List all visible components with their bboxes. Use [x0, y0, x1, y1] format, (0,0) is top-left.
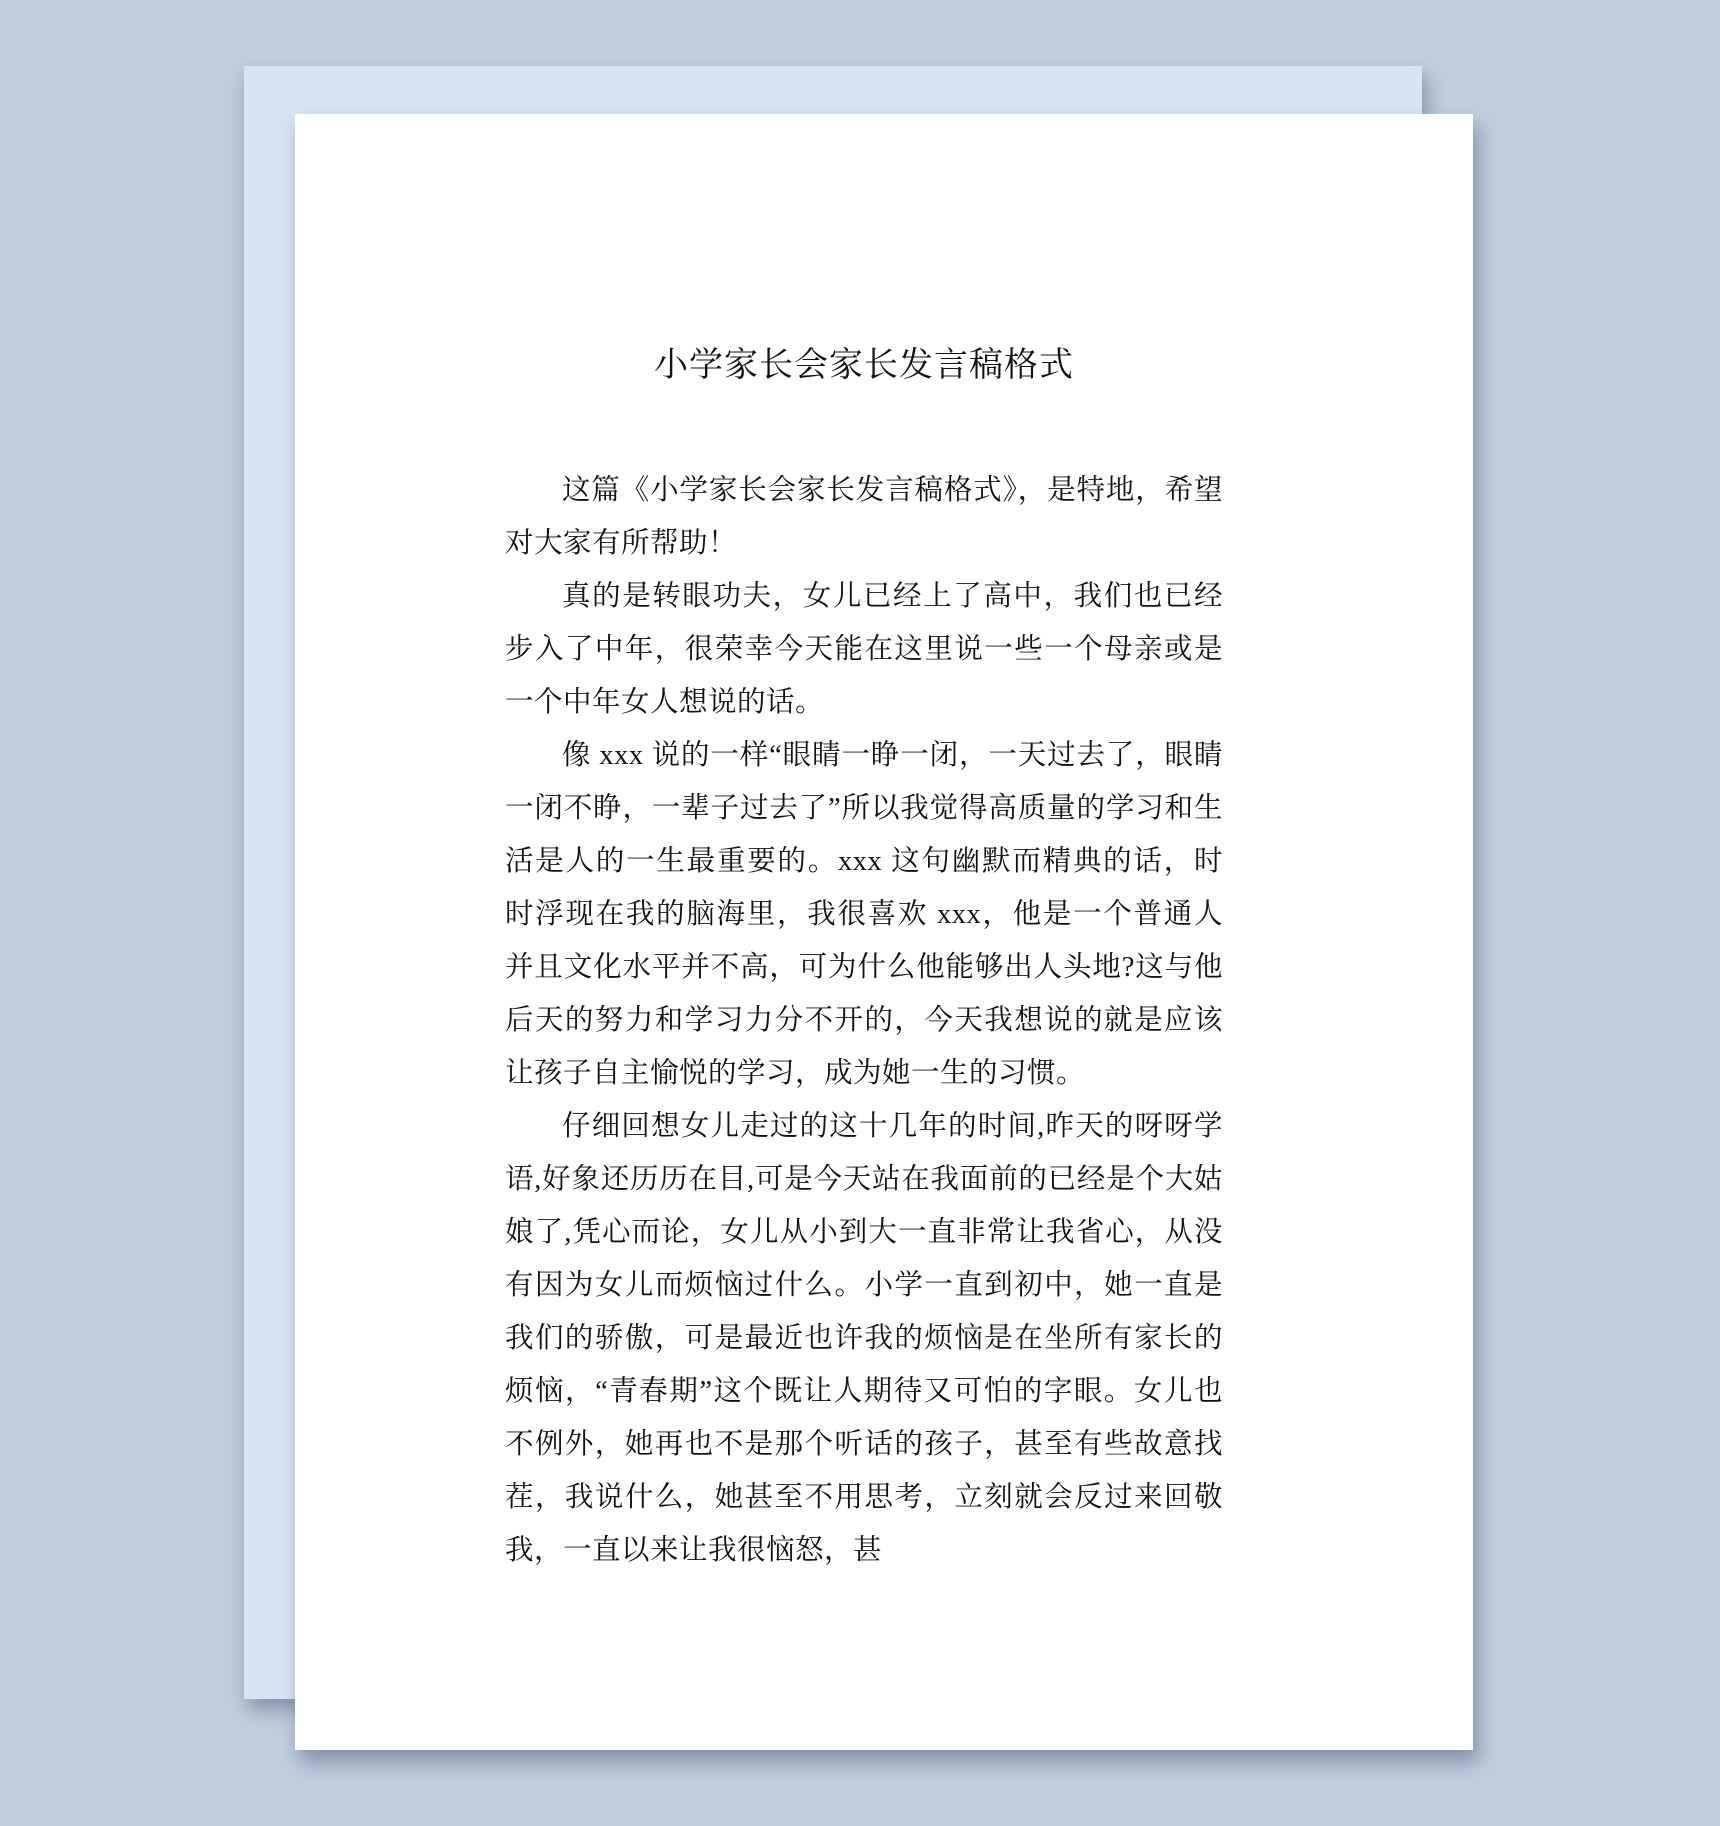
document-title: 小学家长会家长发言稿格式: [505, 344, 1223, 388]
document-content: 小学家长会家长发言稿格式 这篇《小学家长会家长发言稿格式》，是特地，希望对大家有…: [505, 344, 1223, 1577]
document-paragraph: 像 xxx 说的一样“眼睛一睁一闭，一天过去了，眼睛一闭不睁，一辈子过去了”所以…: [505, 729, 1223, 1100]
document-paragraph: 真的是转眼功夫，女儿已经上了高中，我们也已经步入了中年，很荣幸今天能在这里说一些…: [505, 570, 1223, 729]
document-page: 小学家长会家长发言稿格式 这篇《小学家长会家长发言稿格式》，是特地，希望对大家有…: [295, 114, 1473, 1750]
document-paragraph: 仔细回想女儿走过的这十几年的时间,昨天的呀呀学语,好象还历历在目,可是今天站在我…: [505, 1100, 1223, 1577]
document-body: 这篇《小学家长会家长发言稿格式》，是特地，希望对大家有所帮助！ 真的是转眼功夫，…: [505, 464, 1223, 1577]
document-paragraph: 这篇《小学家长会家长发言稿格式》，是特地，希望对大家有所帮助！: [505, 464, 1223, 570]
